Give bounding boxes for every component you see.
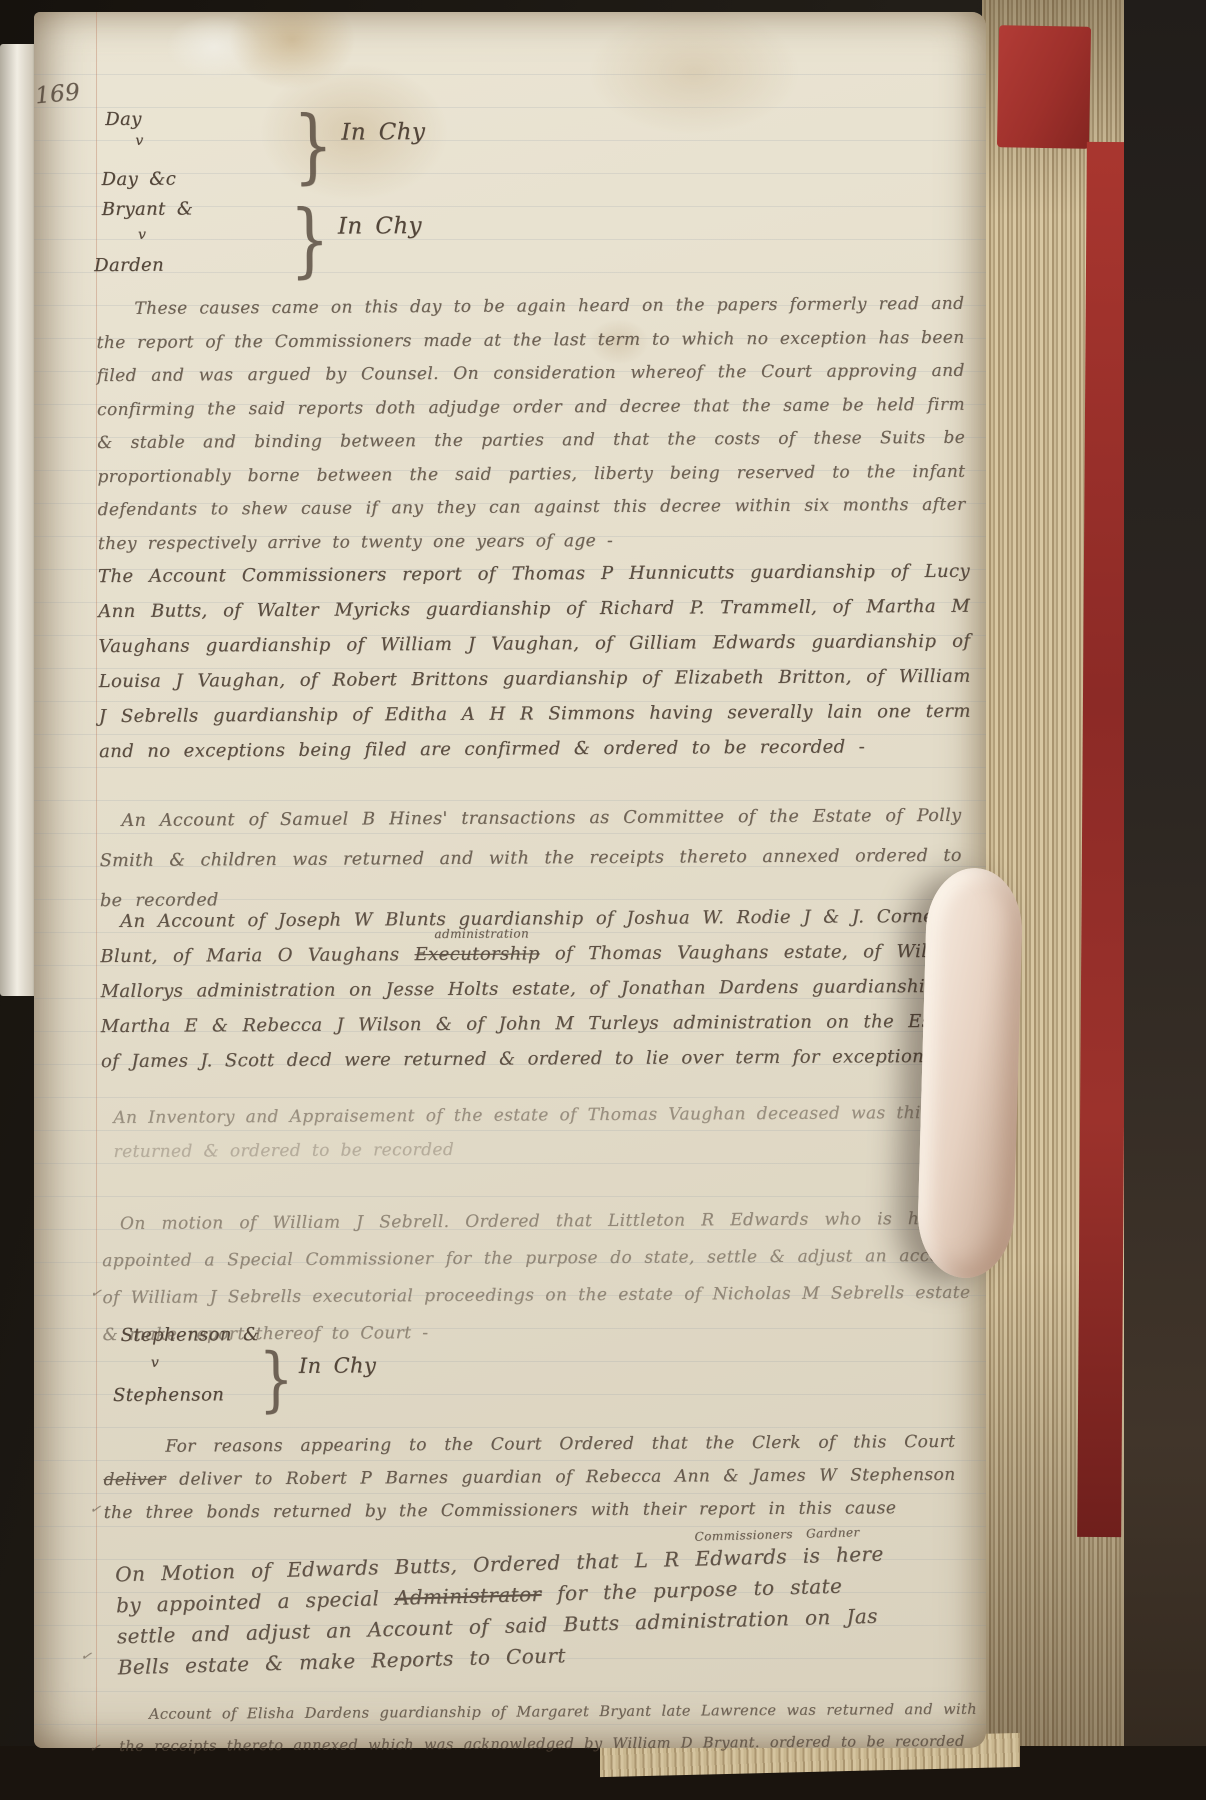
caption-party: Stephenson & (121, 1324, 260, 1346)
in-chancery-label: In Chy (299, 1353, 377, 1377)
caption-party: Stephenson (113, 1384, 224, 1406)
chancery-brace: } (290, 192, 330, 287)
entry-line: An Inventory and Appraisement of the est… (113, 1096, 975, 1135)
chancery-brace: } (259, 1338, 294, 1420)
chancery-brace: } (293, 98, 333, 193)
interlineation: administrationExecutorship (414, 943, 539, 965)
margin-tick-mark: ✓ (79, 1648, 93, 1665)
margin-tick-mark: ✓ (89, 1501, 103, 1518)
entry-text: deliver to Robert P Barnes guardian of R… (104, 1465, 956, 1523)
margin-tick-mark: ✓ (89, 1285, 103, 1302)
struck-word: Executorship (414, 943, 539, 965)
page-number: 169 (34, 79, 81, 109)
struck-word: Administrator (395, 1582, 542, 1610)
court-order-entry: On Motion of Edwards Butts, Ordered that… (115, 1538, 918, 1684)
interlined-words: Commissioners Gardner (694, 1526, 859, 1542)
caption-party: Day &c (102, 169, 177, 190)
in-chancery-label: In Chy (338, 213, 422, 240)
court-order-entry: An Account of Joseph W Blunts guardiansh… (100, 899, 969, 1079)
caption-party: Darden (94, 255, 164, 276)
handwriting-layer: 169 Day v Day &c Bryant & v Darden } In … (0, 0, 1206, 1800)
finger (916, 867, 1023, 1280)
court-order-entry: These causes came on this day to be agai… (96, 288, 966, 561)
entry-text: For reasons appearing to the Court Order… (165, 1432, 955, 1457)
entry-line: returned & ordered to be recorded (113, 1130, 975, 1169)
court-order-entry: For reasons appearing to the Court Order… (103, 1426, 956, 1530)
struck-word: deliver (103, 1470, 166, 1490)
caption-party: Day (105, 109, 142, 130)
court-order-entry: The Account Commissioners report of Thom… (98, 554, 971, 769)
caption-versus: v (135, 133, 143, 149)
interlined-word: administration (414, 927, 529, 940)
in-chancery-label: In Chy (341, 119, 425, 146)
court-order-entry: Account of Elisha Dardens guardianship o… (119, 1694, 977, 1763)
court-order-entry: An Inventory and Appraisement of the est… (113, 1096, 975, 1169)
caption-versus: v (138, 227, 146, 243)
margin-tick-mark: ✓ (88, 1740, 102, 1757)
case-caption-day-bryant: Day v Day &c Bryant & v Darden (99, 108, 300, 289)
caption-party: Bryant & (102, 198, 194, 220)
caption-versus: v (151, 1355, 159, 1371)
book-photograph: 169 Day v Day &c Bryant & v Darden } In … (0, 0, 1206, 1800)
